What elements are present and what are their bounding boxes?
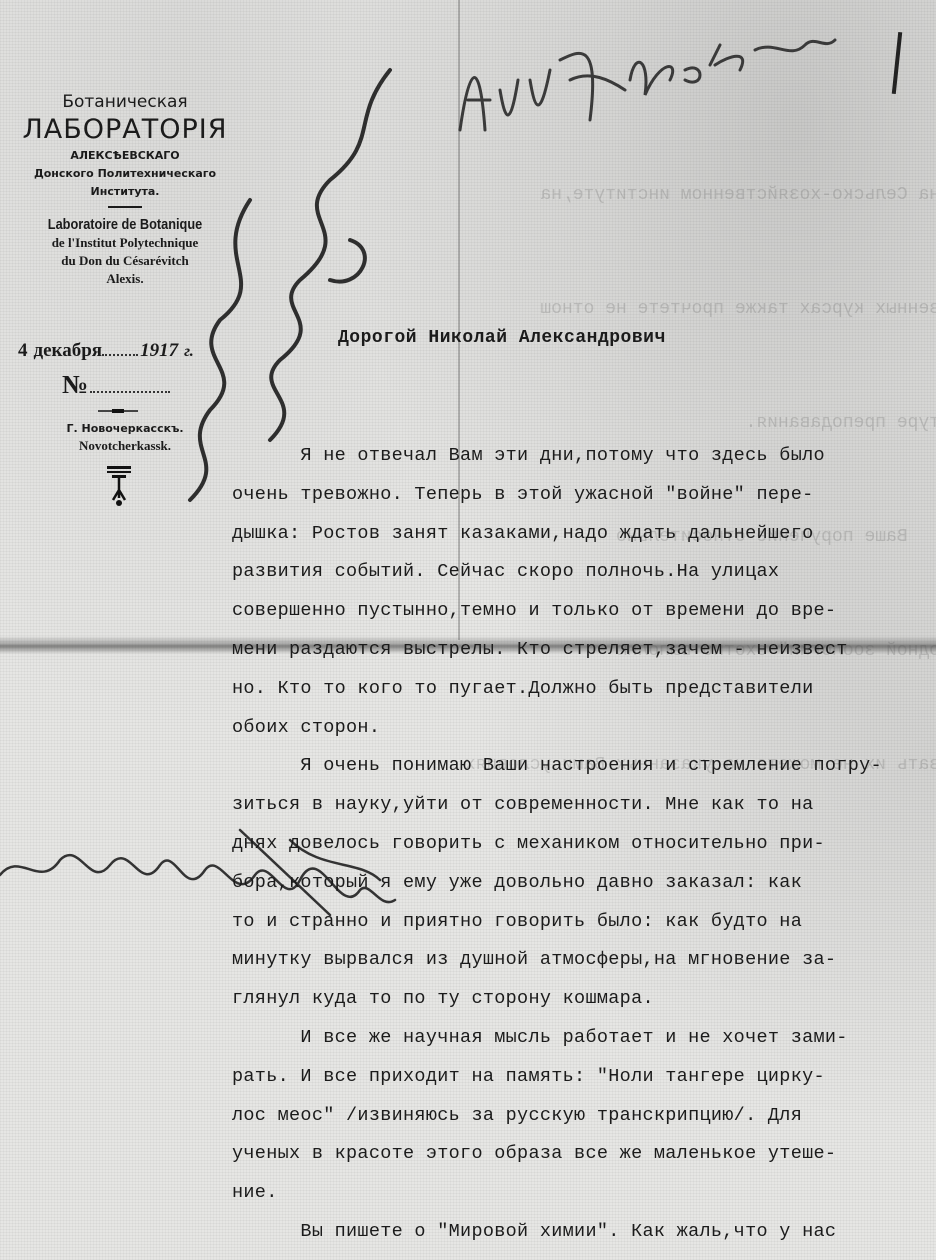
letterhead-fr-don: du Don du Césarévitch [0,253,250,269]
letterhead: Ботаническая ЛАБОРАТОРІЯ АЛЕКСѢЕВСКАГО Д… [0,88,250,287]
number-line: № [62,370,170,400]
paragraph: И все же научная мысль работает и не хоч… [232,1019,932,1213]
date-year: 1917 [140,340,178,361]
letterhead-fr-institute: de l'Institut Polytechnique [0,235,250,251]
letterhead-divider [108,206,142,208]
letterhead-institute: Института. [0,185,250,198]
letterhead-laboratory: ЛАБОРАТОРІЯ [0,114,250,145]
ornamental-rule [98,410,138,412]
date-month: декабря [34,340,103,361]
paragraph: Вы пишете о "Мировой химии". Как жаль,чт… [232,1213,932,1252]
letter-greeting: Дорогой Николай Александрович [338,328,666,348]
paragraph: Я очень понимаю Ваши настроения и стремл… [232,747,932,1019]
handwritten-page-number [892,32,902,94]
number-dotted-rule [90,391,170,393]
date-line: 4декабря1917г. [18,340,248,362]
date-dotted-rule [102,354,138,356]
handwritten-addressee-annotation [440,20,870,140]
letterhead-alekseevsky: АЛЕКСѢЕВСКАГО [0,149,250,162]
letterhead-fr-title: Laboratoire de Botanique [19,216,232,233]
number-sign: № [62,370,88,399]
date-year-suffix: г. [184,343,194,360]
letterhead-institute-name: Донского Политехническаго [0,167,250,180]
city-block: Г. Новочеркасскъ. Novotcherkassk. [0,422,250,454]
letterhead-botanical: Ботаническая [0,92,250,112]
letterhead-fr-alexis: Alexis. [0,271,250,287]
city-ru: Г. Новочеркасскъ. [0,422,250,435]
letter-body: Я не отвечал Вам эти дни,потому что здес… [232,437,932,1252]
date-day: 4 [18,340,28,361]
paragraph: Я не отвечал Вам эти дни,потому что здес… [232,437,932,747]
city-fr: Novotcherkassk. [0,438,250,454]
ornament-anchor-icon [104,464,134,508]
